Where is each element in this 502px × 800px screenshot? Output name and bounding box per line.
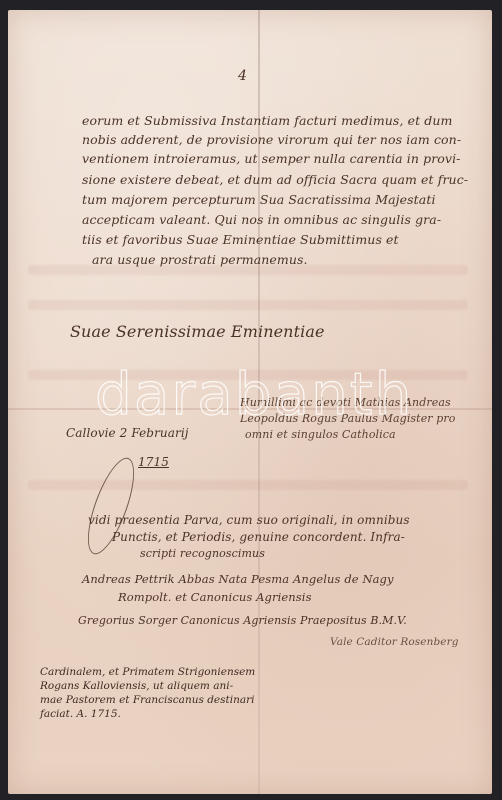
document-viewer: 4 eorum et Submissiva Instantiam facturi…	[0, 0, 502, 800]
certification-line: Punctis, et Periodis, genuine concordent…	[112, 530, 405, 544]
watermark: darabanth	[95, 360, 413, 428]
main-text-line: accepticam valeant. Qui nos in omnibus a…	[82, 212, 441, 227]
signatory-line: Gregorius Sorger Canonicus Agriensis Pra…	[78, 614, 407, 627]
main-text-line: ara usque prostrati permanemus.	[92, 252, 308, 267]
ink-bleed	[28, 300, 468, 310]
signatory-line: Andreas Pettrik Abbas Nata Pesma Angelus…	[82, 572, 394, 586]
certification-line: scripti recognoscimus	[140, 547, 265, 560]
main-text-line: sione existere debeat, et dum ad officia…	[82, 172, 468, 187]
footnote-line: faciat. A. 1715.	[40, 707, 255, 721]
place-date: Callovie 2 Februarij	[66, 426, 189, 440]
footnote-line: Rogans Kalloviensis, ut aliquem ani-	[40, 679, 255, 693]
footnote: Cardinalem, et Primatem Strigoniensem Ro…	[40, 665, 255, 721]
ink-bleed	[28, 480, 468, 490]
main-text-line: tum majorem percepturum Sua Sacratissima…	[82, 192, 436, 207]
signatory-line: Vale Caditor Rosenberg	[330, 636, 459, 648]
footnote-line: Cardinalem, et Primatem Strigoniensem	[40, 665, 255, 679]
main-text-line: eorum et Submissiva Instantiam facturi m…	[82, 113, 453, 128]
page-number: 4	[238, 68, 247, 84]
main-text-line: nobis adderent, de provisione virorum qu…	[82, 132, 461, 147]
main-text-line: ventionem introieramus, ut semper nulla …	[82, 151, 461, 166]
signature-block-line: omni et singulos Catholica	[245, 428, 396, 441]
salutation: Suae Serenissimae Eminentiae	[70, 322, 325, 341]
main-text-line: tiis et favoribus Suae Eminentiae Submit…	[82, 232, 399, 247]
certification-line: vidi praesentia Parva, cum suo originali…	[88, 513, 410, 527]
year: 1715	[138, 455, 169, 469]
signatory-line: Rompolt. et Canonicus Agriensis	[118, 590, 312, 604]
footnote-line: mae Pastorem et Franciscanus destinari	[40, 693, 255, 707]
